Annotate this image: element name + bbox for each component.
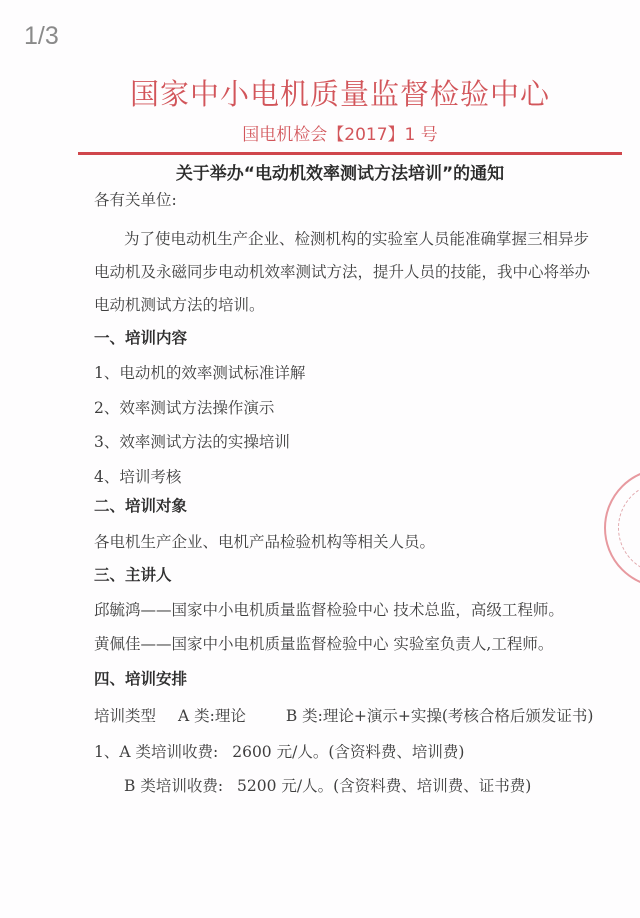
official-seal-stamp (604, 468, 640, 588)
speaker-2: 黄佩佳——国家中小电机质量监督检验中心 实验室负责人,工程师。 (94, 632, 553, 654)
training-type-row: 培训类型A 类:理论B 类:理论+演示+实操(考核合格后颁发证书) (94, 704, 593, 726)
document-number: 国电机检会【2017】1 号 (0, 120, 640, 145)
fee-row-b: B 类培训收费:5200 元/人。(含资料费、培训费、证书费) (124, 774, 531, 796)
section-heading-content: 一、培训内容 (94, 326, 187, 348)
fee-a-label: A 类培训收费: (119, 743, 218, 761)
content-item-3: 3、效率测试方法的实操培训 (94, 430, 290, 452)
fee-a-prefix: 1、 (94, 743, 119, 761)
fee-row-a: 1、A 类培训收费:2600 元/人。(含资料费、培训费) (94, 740, 464, 762)
organization-title: 国家中小电机质量监督检验中心 (0, 72, 640, 113)
fee-b-label: B 类培训收费: (124, 777, 223, 795)
fee-a-amount: 2600 元/人。(含资料费、培训费) (232, 743, 464, 761)
document-page: 国家中小电机质量监督检验中心 国电机检会【2017】1 号 关于举办“电动机效率… (0, 0, 640, 918)
header-divider (78, 152, 622, 155)
section-heading-arrangement: 四、培训安排 (94, 667, 187, 689)
training-type-label: 培训类型 (94, 707, 156, 725)
intro-line-2: 电动机及永磁同步电动机效率测试方法，提升人员的技能，我中心将举办 (94, 260, 590, 282)
seal-inner-ring (618, 482, 640, 574)
intro-line-3: 电动机测试方法的培训。 (94, 293, 265, 315)
content-item-1: 1、电动机的效率测试标准详解 (94, 361, 305, 383)
audience-text: 各电机生产企业、电机产品检验机构等相关人员。 (94, 530, 435, 552)
content-item-2: 2、效率测试方法操作演示 (94, 396, 274, 418)
notice-title: 关于举办“电动机效率测试方法培训”的通知 (0, 159, 640, 184)
training-type-a: A 类:理论 (178, 707, 246, 725)
fee-b-amount: 5200 元/人。(含资料费、培训费、证书费) (237, 777, 531, 795)
section-heading-audience: 二、培训对象 (94, 494, 187, 516)
content-item-4: 4、培训考核 (94, 465, 181, 487)
salutation: 各有关单位: (94, 188, 177, 210)
training-type-b: B 类:理论+演示+实操(考核合格后颁发证书) (286, 707, 594, 725)
section-heading-speakers: 三、主讲人 (94, 563, 172, 585)
speaker-1: 邱毓鸿——国家中小电机质量监督检验中心 技术总监，高级工程师。 (94, 598, 564, 620)
intro-line-1: 为了使电动机生产企业、检测机构的实验室人员能准确掌握三相异步 (124, 227, 589, 249)
